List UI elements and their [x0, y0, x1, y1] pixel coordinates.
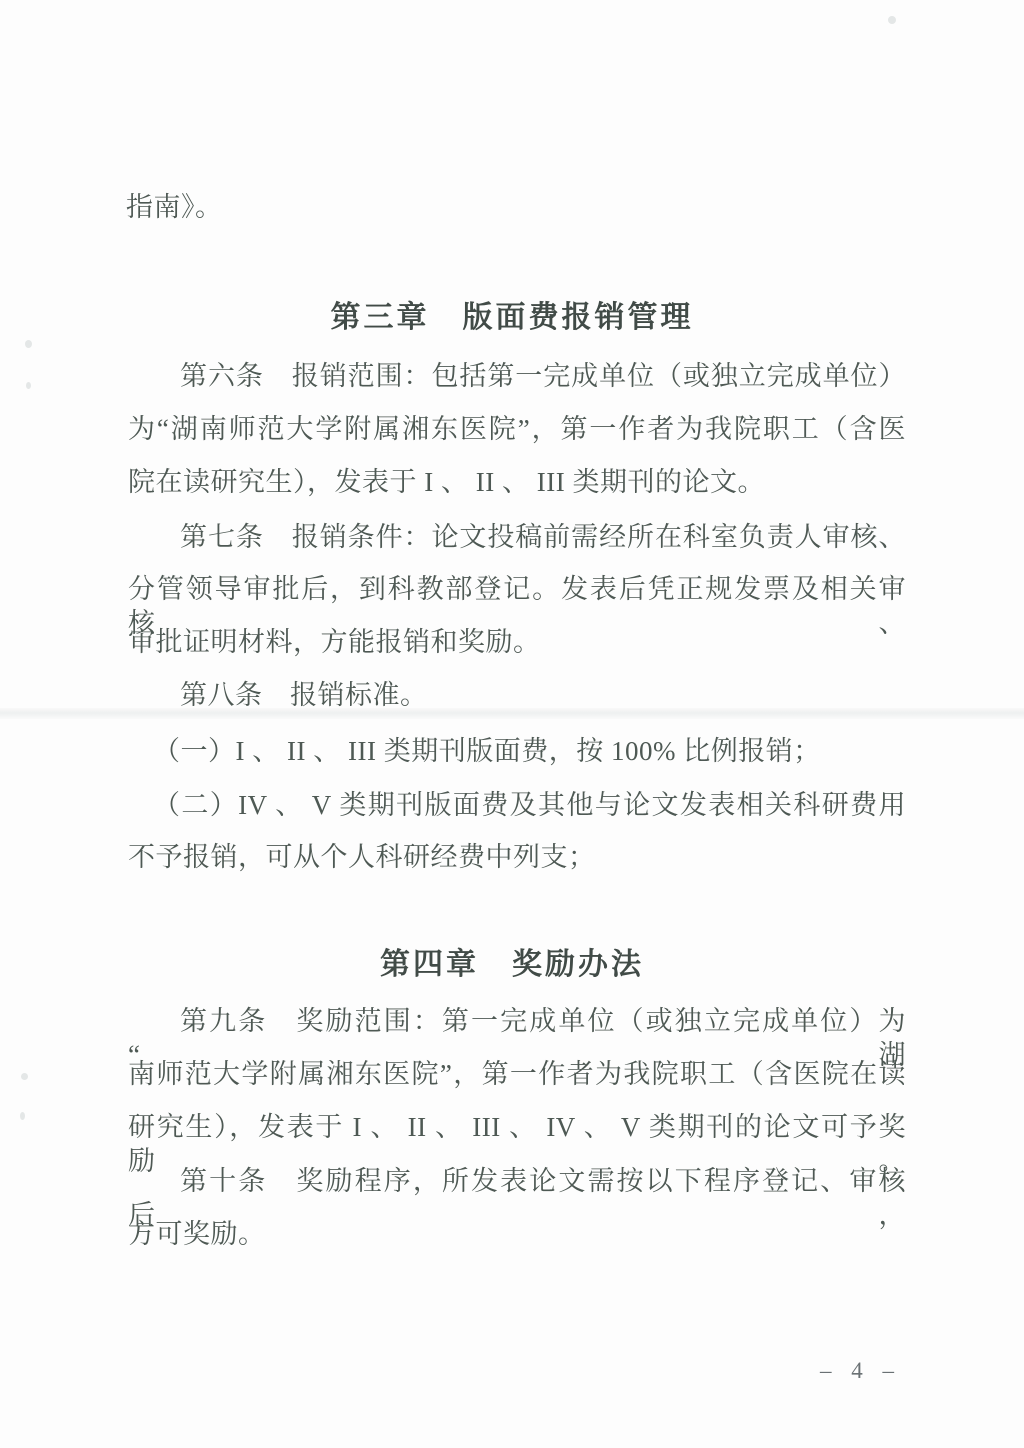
article6-line-2: 为“湖南师范大学附属湘东医院”，第一作者为我院职工（含医 — [128, 412, 906, 446]
scan-speck — [26, 382, 31, 389]
intro-line: 指南》。 — [126, 190, 904, 224]
page-number: – 4 – — [820, 1358, 901, 1384]
article8-item-1: （一）I 、 II 、 III 类期刊版面费，按 100% 比例报销； — [128, 734, 906, 768]
article7-line-3: 审批证明材料，方能报销和奖励。 — [128, 625, 906, 659]
chapter3-heading: 第三章 版面费报销管理 — [0, 300, 1024, 336]
article8-item-2-line-2: 不予报销，可从个人科研经费中列支； — [128, 840, 906, 874]
article7-line-1: 第七条 报销条件：论文投稿前需经所在科室负责人审核、 — [128, 520, 906, 554]
scan-speck — [20, 1112, 25, 1120]
document-page: 指南》。 第三章 版面费报销管理 第六条 报销范围：包括第一完成单位（或独立完成… — [0, 0, 1024, 1448]
article6-line-3: 院在读研究生），发表于 I 、 II 、 III 类期刊的论文。 — [128, 465, 906, 499]
article10-line-2: 方可奖励。 — [128, 1217, 906, 1251]
scan-speck — [888, 16, 896, 24]
chapter4-heading: 第四章 奖励办法 — [0, 947, 1024, 983]
article8-item-2-line-1: （二）IV 、 V 类期刊版面费及其他与论文发表相关科研费用 — [128, 788, 906, 822]
scan-speck — [21, 1073, 28, 1080]
scan-speck — [25, 340, 32, 348]
article6-line-1: 第六条 报销范围：包括第一完成单位（或独立完成单位） — [128, 359, 906, 393]
article9-line-2: 南师范大学附属湘东医院”，第一作者为我院职工（含医院在读 — [128, 1057, 906, 1091]
article8-line-1: 第八条 报销标准。 — [128, 678, 906, 712]
